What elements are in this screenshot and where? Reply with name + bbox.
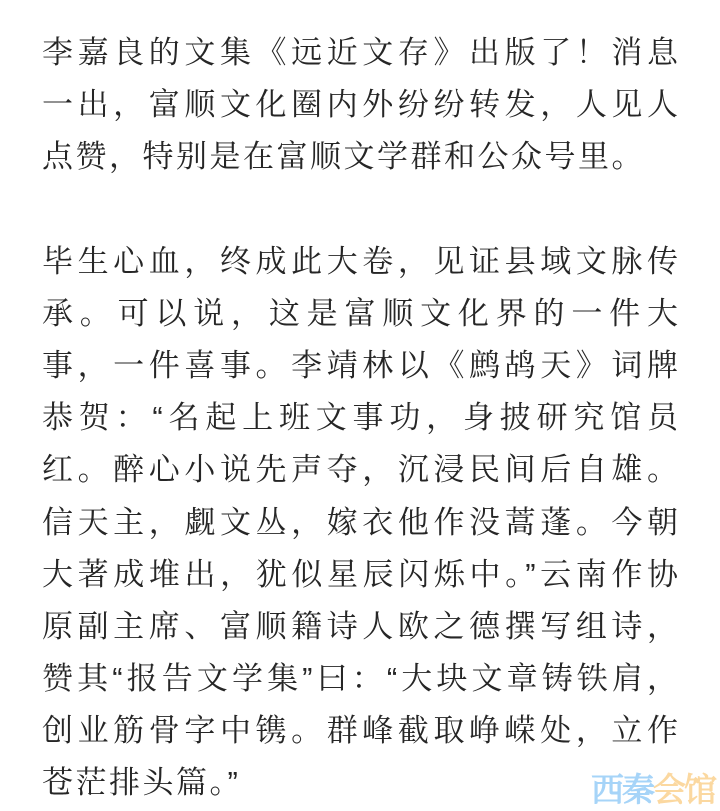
paragraph-2: 毕生心血，终成此大卷，见证县域文脉传 承。可以说，这是富顺文化界的一件大 事，一… <box>42 236 678 810</box>
text-line: 承。可以说，这是富顺文化界的一件大 <box>42 288 678 340</box>
text-line: 李嘉良的文集《远近文存》出版了！消息 <box>42 27 678 79</box>
text-line: 原副主席、富顺籍诗人欧之德撰写组诗， <box>42 601 678 653</box>
article-text: 李嘉良的文集《远近文存》出版了！消息 一出，富顺文化圈内外纷纷转发，人见人 点赞… <box>42 27 678 810</box>
text-line: 恭贺：“名起上班文事功，身披研究馆员 <box>42 392 678 444</box>
text-line: 大著成堆出，犹似星辰闪烁中。”云南作协 <box>42 549 678 601</box>
text-line: 信天主，觑文丛，嫁衣他作没蒿蓬。今朝 <box>42 497 678 549</box>
text-line: 红。醉心小说先声夺，沉浸民间后自雄。 <box>42 444 678 496</box>
text-line: 毕生心血，终成此大卷，见证县域文脉传 <box>42 236 678 288</box>
watermark-text-xiqin: 西秦 <box>591 771 653 808</box>
watermark-text-huiguan: 会馆 <box>653 771 715 808</box>
paragraph-1: 李嘉良的文集《远近文存》出版了！消息 一出，富顺文化圈内外纷纷转发，人见人 点赞… <box>42 27 678 184</box>
text-line: 点赞，特别是在富顺文学群和公众号里。 <box>42 131 678 183</box>
text-line: 苍茫排头篇。” <box>42 757 678 809</box>
text-line: 赞其“报告文学集”曰：“大块文章铸铁肩， <box>42 653 678 705</box>
text-line: 一出，富顺文化圈内外纷纷转发，人见人 <box>42 79 678 131</box>
text-line: 事，一件喜事。李靖林以《鹧鸪天》词牌 <box>42 340 678 392</box>
watermark: 西秦会馆 <box>591 773 715 806</box>
text-line: 创业筋骨字中镌。群峰截取峥嵘处，立作 <box>42 705 678 757</box>
